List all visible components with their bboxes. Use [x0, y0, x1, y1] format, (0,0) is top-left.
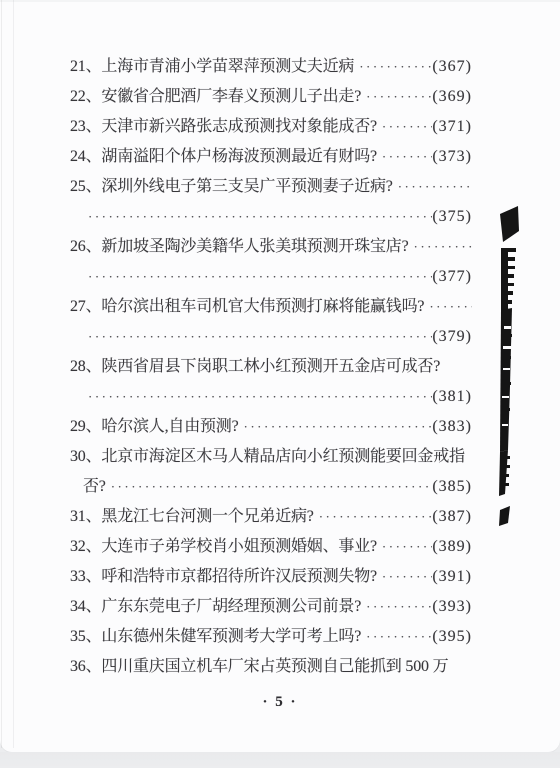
entry-title: 湖南溢阳个体户杨海波预测最近有财吗? — [101, 142, 377, 172]
entry-number: 33、 — [70, 562, 101, 592]
dot-leader: ········································… — [314, 502, 433, 532]
entry-title: 广东东莞电子厂胡经理预测公司前景? — [101, 592, 361, 622]
entry-number: 29、 — [70, 412, 101, 442]
toc-entry-line: 31、 黑龙江七台河测一个兄弟近病? ·····················… — [70, 502, 472, 532]
toc-entry-line: 34、 广东东莞电子厂胡经理预测公司前景? ··················… — [70, 592, 472, 622]
page-left-edge — [1, 0, 2, 748]
toc-entry-line: 21、 上海市青浦小学苗翠萍预测丈夫近病 ···················… — [70, 52, 472, 82]
page-fold-line — [13, 0, 14, 748]
entry-title: 新加坡圣陶沙美籍华人张美琪预测开珠宝店? — [101, 232, 408, 262]
entry-number: 30、 — [70, 442, 101, 472]
entry-page-number: (371) — [432, 112, 472, 142]
scan-binding-artifact — [492, 206, 522, 536]
entry-title: 哈尔滨人,自由预测? — [101, 412, 238, 442]
dot-leader: ········································… — [377, 532, 432, 562]
toc-entry-line: 30、 北京市海淀区木马人精品店向小红预测能要回金戒指 — [70, 442, 472, 472]
entry-number: 24、 — [70, 142, 101, 172]
dot-leader: ········································… — [361, 592, 432, 622]
toc-entry-line: 25、 深圳外线电子第三支吴广平预测妻子近病? ················… — [70, 172, 472, 202]
toc-entry-line: 26、 新加坡圣陶沙美籍华人张美琪预测开珠宝店? ···············… — [70, 232, 472, 262]
dot-leader: ········································… — [83, 322, 432, 352]
entry-page-number: (369) — [432, 82, 472, 112]
dot-leader: ········································… — [377, 142, 432, 172]
toc-entry-line: 36、 四川重庆国立机车厂宋占英预测自己能抓到 500 万 — [70, 652, 472, 682]
entry-page-number: (373) — [432, 142, 472, 172]
entry-number: 27、 — [70, 292, 101, 322]
entry-title: 呼和浩特市京都招待所许汉辰预测失物? — [101, 562, 377, 592]
entry-title: 黑龙江七台河测一个兄弟近病? — [101, 502, 313, 532]
entry-title: 天津市新兴路张志成预测找对象能成否? — [101, 112, 377, 142]
entry-title: 陕西省眉县下岗职工林小红预测开五金店可成否? — [101, 352, 440, 382]
dot-leader: ········································… — [377, 112, 432, 142]
toc-entry-line: ········································… — [70, 262, 472, 292]
entry-page-number: (381) — [432, 382, 472, 412]
dot-leader: ········································… — [354, 52, 432, 82]
dot-leader: ········································… — [377, 562, 432, 592]
toc-entry-line: ········································… — [70, 322, 472, 352]
dot-leader: ········································… — [83, 262, 432, 292]
toc-entry-line: 29、 哈尔滨人,自由预测? ·························… — [70, 412, 472, 442]
entry-number: 36、 — [70, 652, 101, 682]
dot-leader: ········································… — [361, 622, 432, 652]
entry-page-number: (379) — [432, 322, 472, 352]
entry-page-number: (395) — [432, 622, 472, 652]
entry-number: 25、 — [70, 172, 101, 202]
entry-title: 安徽省合肥酒厂李春义预测儿子出走? — [101, 82, 361, 112]
entry-page-number: (391) — [432, 562, 472, 592]
toc-entry-line: 32、 大连市子弟学校肖小姐预测婚姻、事业? ·················… — [70, 532, 472, 562]
entry-page-number: (367) — [432, 52, 472, 82]
entry-number: 35、 — [70, 622, 101, 652]
entry-page-number: (393) — [432, 592, 472, 622]
entry-number: 31、 — [70, 502, 101, 532]
toc-entry-line: 27、 哈尔滨出租车司机官大伟预测打麻将能赢钱吗? ··············… — [70, 292, 472, 322]
dot-leader: ········································… — [409, 232, 472, 262]
toc-entry-line: ········································… — [70, 382, 472, 412]
entry-number: 21、 — [70, 52, 101, 82]
entry-title: 山东德州朱健军预测考大学可考上吗? — [101, 622, 361, 652]
dot-leader: ········································… — [393, 172, 472, 202]
entry-title: 北京市海淀区木马人精品店向小红预测能要回金戒指 — [101, 442, 464, 472]
footer-page-number: · 5 · — [0, 694, 560, 711]
toc-entry-line: ········································… — [70, 202, 472, 232]
dot-leader: ········································… — [83, 202, 432, 232]
toc-entry-line: 33、 呼和浩特市京都招待所许汉辰预测失物? ·················… — [70, 562, 472, 592]
entry-number: 26、 — [70, 232, 101, 262]
toc-entry-line: 否? ·····································… — [70, 472, 472, 502]
scanned-page: 21、 上海市青浦小学苗翠萍预测丈夫近病 ···················… — [0, 0, 560, 752]
entry-number: 23、 — [70, 112, 101, 142]
dot-leader: ········································… — [239, 412, 433, 442]
entry-title: 上海市青浦小学苗翠萍预测丈夫近病 — [101, 52, 354, 82]
entry-number: 22、 — [70, 82, 101, 112]
entry-page-number: (389) — [432, 532, 472, 562]
scan-background-band — [0, 752, 560, 768]
dot-leader: ········································… — [361, 82, 432, 112]
entry-title: 深圳外线电子第三支吴广平预测妻子近病? — [101, 172, 392, 202]
entry-number: 34、 — [70, 592, 101, 622]
entry-page-number: (377) — [432, 262, 472, 292]
entry-number: 32、 — [70, 532, 101, 562]
entry-title: 大连市子弟学校肖小姐预测婚姻、事业? — [101, 532, 377, 562]
toc-entry-line: 28、 陕西省眉县下岗职工林小红预测开五金店可成否? — [70, 352, 472, 382]
dot-leader: ········································… — [106, 472, 433, 502]
entry-page-number: (387) — [432, 502, 472, 532]
entry-page-number: (375) — [432, 202, 472, 232]
dot-leader: ········································… — [424, 292, 472, 322]
toc-entry-line: 24、 湖南溢阳个体户杨海波预测最近有财吗? ·················… — [70, 142, 472, 172]
entry-number: 28、 — [70, 352, 101, 382]
toc-entry-line: 35、 山东德州朱健军预测考大学可考上吗? ··················… — [70, 622, 472, 652]
dot-leader: ········································… — [83, 382, 432, 412]
entry-title: 哈尔滨出租车司机官大伟预测打麻将能赢钱吗? — [101, 292, 424, 322]
entry-title: 四川重庆国立机车厂宋占英预测自己能抓到 500 万 — [101, 652, 448, 682]
toc-list: 21、 上海市青浦小学苗翠萍预测丈夫近病 ···················… — [70, 52, 472, 682]
toc-entry-line: 23、 天津市新兴路张志成预测找对象能成否? ·················… — [70, 112, 472, 142]
toc-entry-line: 22、 安徽省合肥酒厂李春义预测儿子出走? ··················… — [70, 82, 472, 112]
entry-title: 否? — [83, 472, 106, 502]
entry-page-number: (383) — [432, 412, 472, 442]
page-top-edge — [0, 0, 560, 2]
entry-page-number: (385) — [432, 472, 472, 502]
